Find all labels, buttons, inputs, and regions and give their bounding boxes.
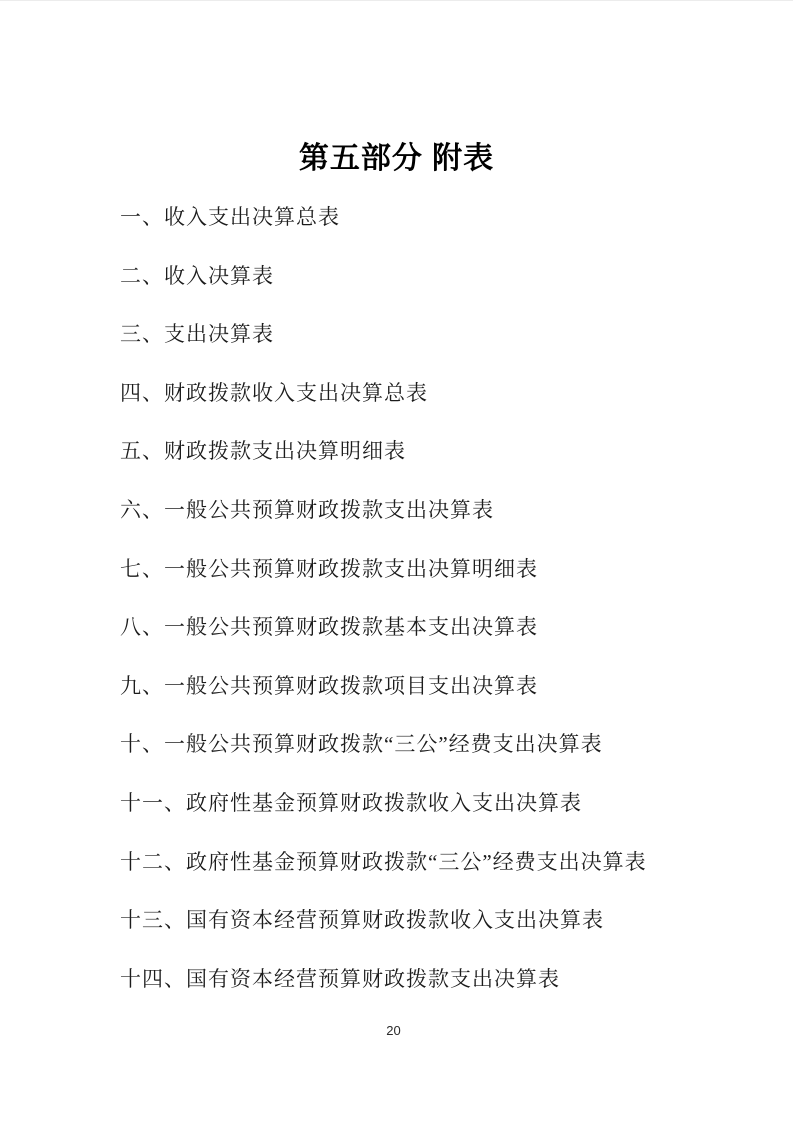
- page-title: 第五部分 附表: [0, 141, 793, 177]
- toc-item-11: 十一、政府性基金预算财政拨款收入支出决算表: [120, 774, 713, 833]
- toc-item-14: 十四、国有资本经营预算财政拨款支出决算表: [120, 950, 713, 1009]
- document-page: 第五部分 附表 一、收入支出决算总表 二、收入决算表 三、支出决算表 四、财政拨…: [0, 0, 793, 1122]
- toc-item-3: 三、支出决算表: [120, 305, 713, 364]
- toc-item-12: 十二、政府性基金预算财政拨款“三公”经费支出决算表: [120, 833, 713, 892]
- toc-item-5: 五、财政拨款支出决算明细表: [120, 422, 713, 481]
- toc-item-6: 六、一般公共预算财政拨款支出决算表: [120, 481, 713, 540]
- toc-item-9: 九、一般公共预算财政拨款项目支出决算表: [120, 657, 713, 716]
- toc-item-7: 七、一般公共预算财政拨款支出决算明细表: [120, 540, 713, 599]
- toc-item-8: 八、一般公共预算财政拨款基本支出决算表: [120, 598, 713, 657]
- toc-item-2: 二、收入决算表: [120, 247, 713, 306]
- toc-item-1: 一、收入支出决算总表: [120, 188, 713, 247]
- page-number: 20: [0, 1023, 787, 1039]
- toc-item-13: 十三、国有资本经营预算财政拨款收入支出决算表: [120, 891, 713, 950]
- toc-item-10: 十、一般公共预算财政拨款“三公”经费支出决算表: [120, 715, 713, 774]
- toc-item-4: 四、财政拨款收入支出决算总表: [120, 364, 713, 423]
- table-of-contents: 一、收入支出决算总表 二、收入决算表 三、支出决算表 四、财政拨款收入支出决算总…: [120, 188, 713, 1008]
